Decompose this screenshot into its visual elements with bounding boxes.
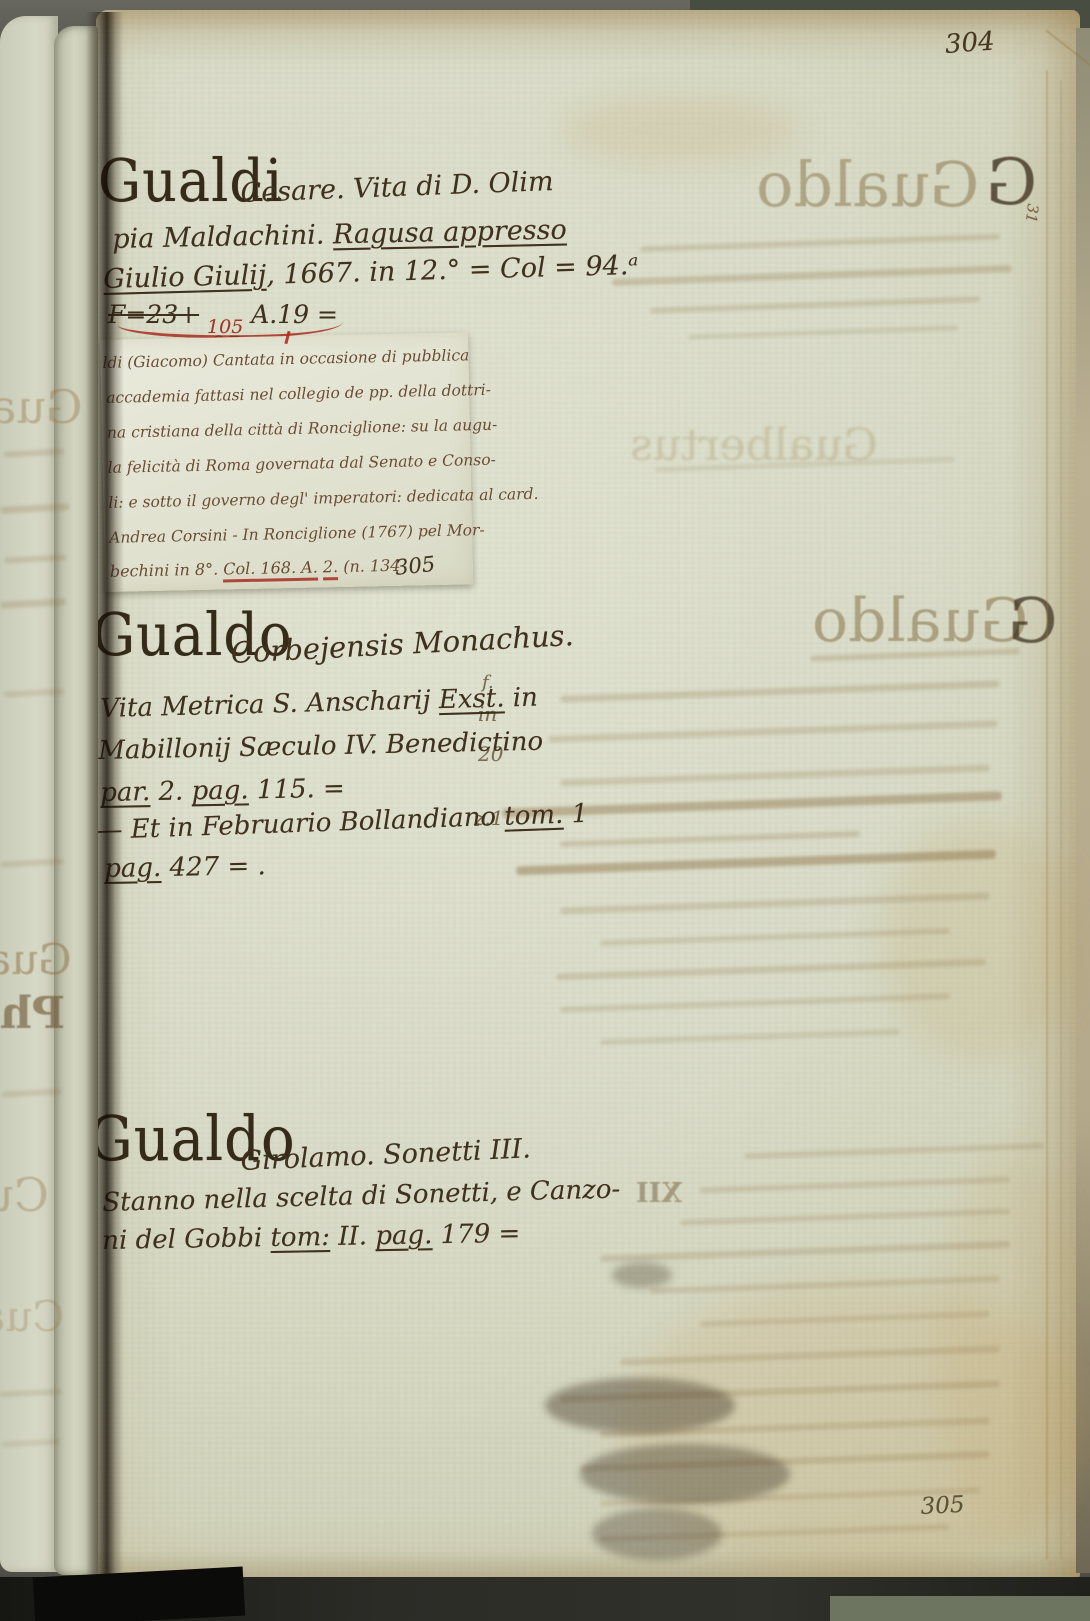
edge-fragment: Cua bbox=[0, 1292, 64, 1341]
slip-number: 305 bbox=[394, 552, 436, 580]
ink-smudge bbox=[612, 1262, 672, 1288]
bleedthrough-headword-mid: Gualdo bbox=[812, 586, 1028, 656]
entry2-line1-rest: in bbox=[504, 683, 538, 714]
manuscript-scan: Gualdo G Gualdo G Gualbertus XII f. in 2… bbox=[0, 0, 1090, 1621]
entry3-line2-underlined-2: pag. bbox=[375, 1220, 433, 1251]
entry2-line4-underlined: tom. bbox=[504, 800, 564, 832]
page-edge-line bbox=[1060, 80, 1062, 1560]
slip-line6: Andrea Corsini - In Ronciglione (1767) p… bbox=[109, 521, 485, 547]
entry3-line2-underlined-1: tom: bbox=[270, 1222, 330, 1253]
entry2-line3-mid: 2. bbox=[150, 776, 192, 807]
entry2-line3: par. 2. pag. 115. = bbox=[100, 774, 345, 808]
previous-page-edge-inner bbox=[54, 26, 98, 1575]
edge-fragment: Ph bbox=[0, 988, 65, 1039]
slip-line7-text: bechini in 8°. bbox=[110, 559, 224, 580]
entry2-line3-underlined-1: par. bbox=[100, 777, 151, 808]
ink-smudge bbox=[545, 1378, 735, 1433]
edge-fragment: Cu bbox=[0, 1168, 49, 1222]
folio-number-bottom: 305 bbox=[920, 1492, 965, 1520]
slip-line2: accademia fattasi nel collegio de pp. de… bbox=[106, 381, 491, 407]
quire-edge-mark: 31 bbox=[1022, 203, 1042, 224]
slip-line4: la felicità di Roma governata dal Senato… bbox=[107, 451, 496, 477]
entry2-line3-rest: 115. = bbox=[248, 774, 345, 806]
entry2-line5-underlined: pag. bbox=[104, 853, 162, 884]
entry3-line2-text: ni del Gobbi bbox=[102, 1223, 271, 1256]
entry3-line2-rest: 179 = bbox=[432, 1219, 520, 1251]
edge-fragment: Gua bbox=[0, 935, 72, 984]
ink-smudge bbox=[592, 1508, 722, 1560]
entry1-line2-underlined: Ragusa appresso bbox=[333, 214, 567, 250]
folio-number-top: 304 bbox=[944, 27, 996, 60]
slip-line7-rest: (n. 134 bbox=[338, 556, 401, 576]
entry3-line2-mid: II. bbox=[330, 1221, 376, 1252]
entry1-line2-text: pia Maldachini. bbox=[112, 219, 333, 255]
scan-table-surface bbox=[830, 1596, 1090, 1621]
entry2-line3-underlined-2: pag. bbox=[191, 775, 249, 806]
slip-line7-red-underlined-1: Col. 168. A. bbox=[223, 557, 318, 582]
entry2-line5-rest: 427 = . bbox=[161, 851, 266, 883]
entry2-line4-rest: 1 bbox=[563, 799, 589, 830]
slip-line3: na cristiana della città di Ronciglione:… bbox=[107, 416, 498, 442]
slip-line1: ldi (Giacomo) Cantata in occasione di pu… bbox=[102, 346, 469, 372]
bleedthrough-initial-mid: G bbox=[1008, 584, 1058, 657]
slip-line7: bechini in 8°. Col. 168. A. 2. (n. 134 bbox=[110, 556, 401, 581]
bleedthrough-numeral: XII bbox=[636, 1178, 682, 1209]
entry2-line5: pag. 427 = . bbox=[104, 851, 266, 884]
bleedthrough-headword-top: Gualdo bbox=[756, 148, 979, 221]
ink-smudge bbox=[580, 1444, 790, 1504]
entry2-line1-underlined: Exst. bbox=[438, 683, 504, 715]
edge-fragment: Gual bbox=[0, 380, 83, 434]
page-edge-line bbox=[1046, 70, 1048, 1560]
entry1-line3-underlined: Giulio Giulij bbox=[103, 260, 267, 295]
slip-line7-red-underlined-2: 2. bbox=[323, 557, 339, 580]
